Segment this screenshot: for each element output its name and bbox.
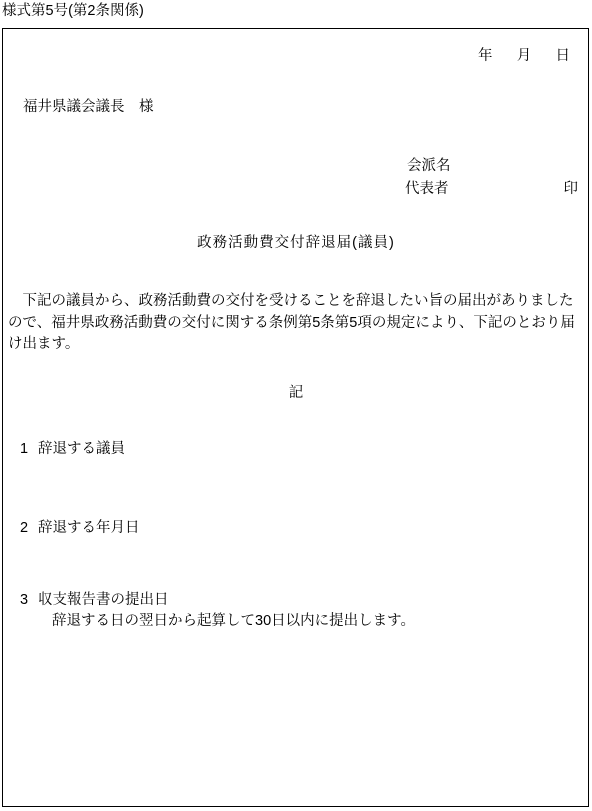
body-line: 下記の議員から、政務活動費の交付を受けることを辞退したい旨の届出がありました xyxy=(8,291,584,313)
list-item-1: 1辞退する議員 xyxy=(20,442,125,457)
seal-label: 印 xyxy=(564,182,579,197)
addressee-line: 福井県議会議長 様 xyxy=(23,100,154,115)
body-paragraph: 下記の議員から、政務活動費の交付を受けることを辞退したい旨の届出がありました の… xyxy=(8,291,584,356)
body-line: け出ます。 xyxy=(8,334,584,356)
item-label: 収支報告書の提出日 xyxy=(38,592,169,608)
item-number: 3 xyxy=(20,593,38,608)
day-label: 日 xyxy=(556,49,571,64)
item-number: 1 xyxy=(20,442,38,457)
form-border-box xyxy=(2,28,589,807)
faction-name-label: 会派名 xyxy=(407,159,451,174)
list-item-3: 3収支報告書の提出日 xyxy=(20,593,169,608)
form-number-label: 様式第5号(第2条関係) xyxy=(2,4,144,19)
item-label: 辞退する議員 xyxy=(38,441,125,457)
representative-line: 代表者 印 xyxy=(405,182,578,197)
date-line: 年 月 日 xyxy=(478,49,570,64)
month-label: 月 xyxy=(517,49,532,64)
document-page: 様式第5号(第2条関係) 年 月 日 福井県議会議長 様 会派名 代表者 印 政… xyxy=(0,0,592,811)
record-marker: 記 xyxy=(0,386,592,401)
body-line: ので、福井県政務活動費の交付に関する条例第5条第5項の規定により、下記のとおり届 xyxy=(8,313,584,335)
year-label: 年 xyxy=(478,49,493,64)
item-3-note: 辞退する日の翌日から起算して30日以内に提出します。 xyxy=(52,614,415,629)
item-number: 2 xyxy=(20,521,38,536)
document-title: 政務活動費交付辞退届(議員) xyxy=(0,236,592,251)
representative-label: 代表者 xyxy=(405,182,449,197)
list-item-2: 2辞退する年月日 xyxy=(20,521,140,536)
item-label: 辞退する年月日 xyxy=(38,520,140,536)
